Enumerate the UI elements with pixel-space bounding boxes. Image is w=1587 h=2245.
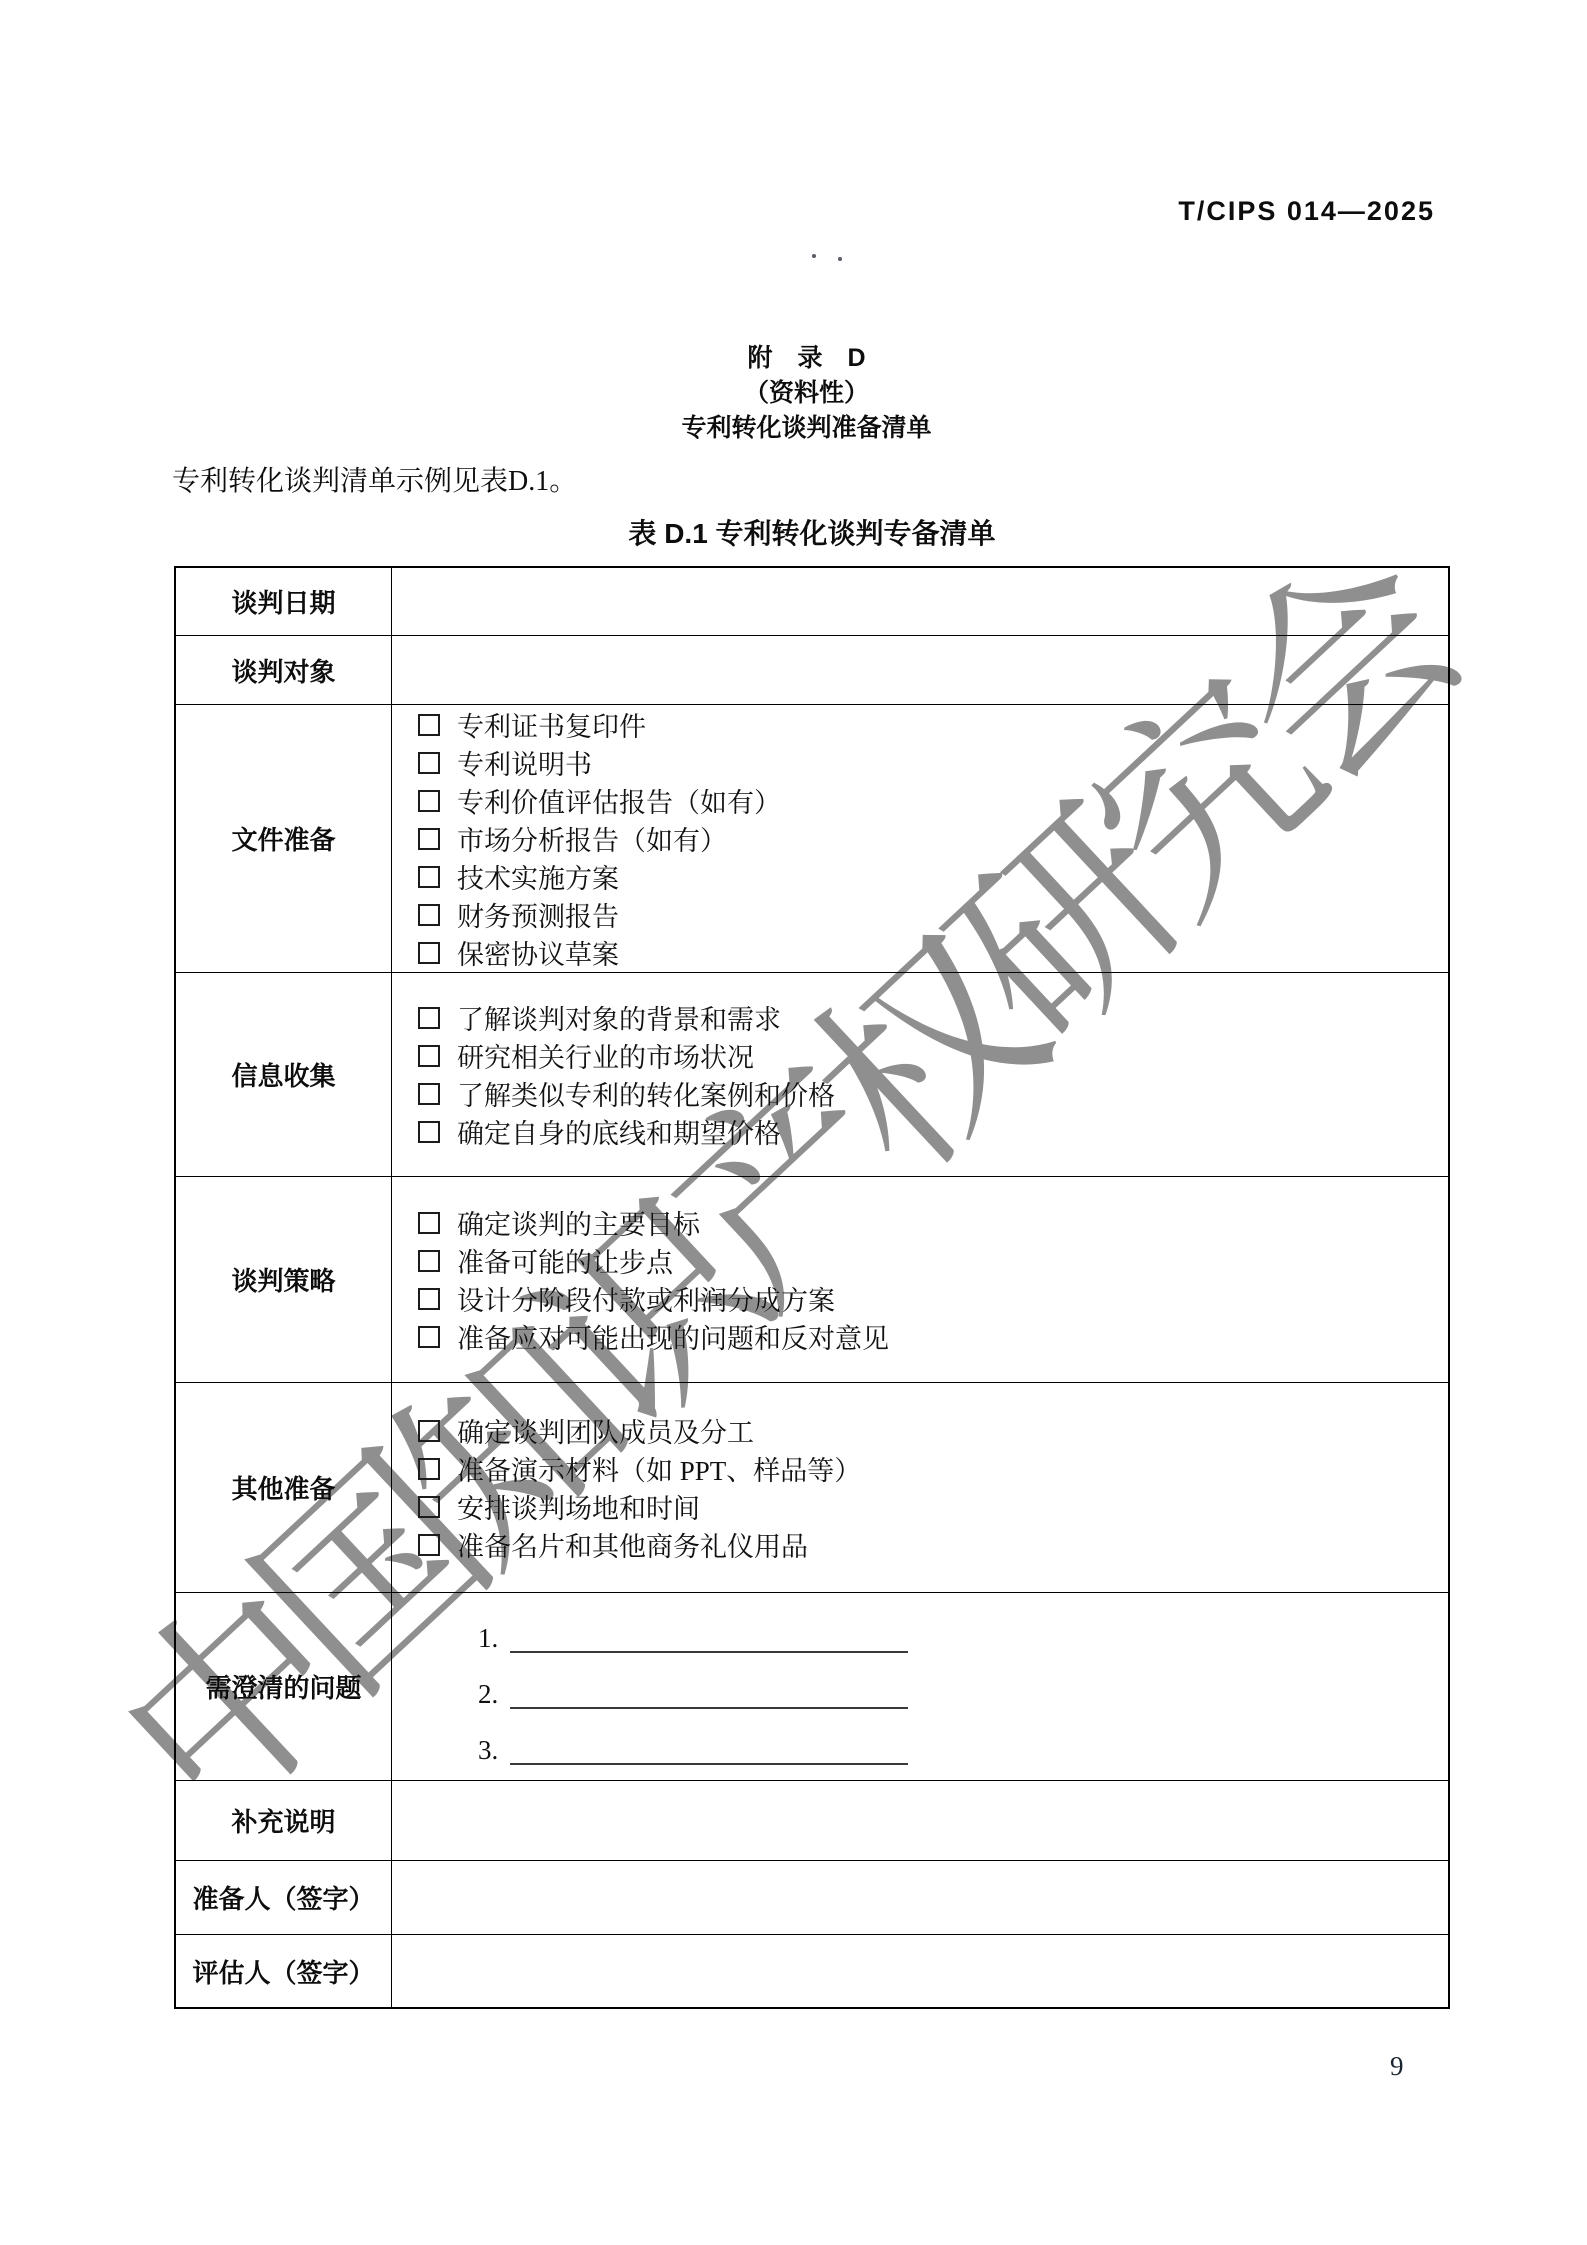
checkbox-icon xyxy=(418,790,440,812)
row-content-negotiation-date xyxy=(392,568,1448,635)
line-number: 2. xyxy=(478,1679,498,1709)
checkbox-icon xyxy=(418,1458,440,1480)
checklist-item-text: 准备应对可能出现的问题和反对意见 xyxy=(457,1317,889,1356)
page: T/CIPS 014—2025 附 录 D （资料性） 专利转化谈判准备清单 专… xyxy=(0,0,1587,2245)
checkbox-icon xyxy=(418,942,440,964)
checklist-item-text: 专利价值评估报告（如有） xyxy=(457,781,781,820)
page-number: 9 xyxy=(1390,2051,1404,2082)
blank-line xyxy=(510,1625,908,1653)
checklist-item: 专利说明书 xyxy=(418,744,1448,782)
row-content-document-preparation: 专利证书复印件专利说明书专利价值评估报告（如有）市场分析报告（如有）技术实施方案… xyxy=(392,705,1448,972)
checkbox-icon xyxy=(418,1420,440,1442)
table-row-preparer-signature: 准备人（签字） xyxy=(176,1861,1448,1935)
row-content-questions-to-clarify: 1.2.3. xyxy=(392,1593,1448,1780)
intro-paragraph: 专利转化谈判清单示例见表D.1。 xyxy=(172,459,577,499)
checklist-item: 准备名片和其他商务礼仪用品 xyxy=(418,1526,1448,1564)
table-row-supplementary-notes: 补充说明 xyxy=(176,1781,1448,1861)
checklist-item-text: 了解类似专利的转化案例和价格 xyxy=(457,1074,835,1113)
row-content-information-collection: 了解谈判对象的背景和需求研究相关行业的市场状况了解类似专利的转化案例和价格确定自… xyxy=(392,973,1448,1176)
table-row-information-collection: 信息收集了解谈判对象的背景和需求研究相关行业的市场状况了解类似专利的转化案例和价… xyxy=(176,973,1448,1177)
table-row-evaluator-signature: 评估人（签字） xyxy=(176,1935,1448,2007)
row-label-evaluator-signature: 评估人（签字） xyxy=(176,1935,392,2007)
standard-number: T/CIPS 014—2025 xyxy=(1178,196,1435,227)
checklist-item-text: 准备名片和其他商务礼仪用品 xyxy=(457,1525,808,1564)
checkbox-icon xyxy=(418,904,440,926)
row-label-negotiation-strategy: 谈判策略 xyxy=(176,1177,392,1382)
checklist-item: 准备应对可能出现的问题和反对意见 xyxy=(418,1318,1448,1356)
checklist-item-text: 专利证书复印件 xyxy=(457,705,646,744)
checkbox-icon xyxy=(418,866,440,888)
checkbox-icon xyxy=(418,752,440,774)
line-number: 1. xyxy=(478,1623,498,1653)
checklist-item-text: 确定谈判的主要目标 xyxy=(457,1203,700,1242)
table-row-negotiation-date: 谈判日期 xyxy=(176,568,1448,636)
checkbox-icon xyxy=(418,1288,440,1310)
checklist-item-text: 安排谈判场地和时间 xyxy=(457,1487,700,1526)
checkbox-icon xyxy=(418,1121,440,1143)
table-row-other-preparation: 其他准备确定谈判团队成员及分工准备演示材料（如 PPT、样品等）安排谈判场地和时… xyxy=(176,1383,1448,1593)
checklist-item: 确定自身的底线和期望价格 xyxy=(418,1113,1448,1151)
checklist-item-text: 研究相关行业的市场状况 xyxy=(457,1036,754,1075)
row-label-questions-to-clarify: 需澄清的问题 xyxy=(176,1593,392,1780)
table-caption: 表 D.1 专利转化谈判专备清单 xyxy=(174,512,1450,552)
ink-speck xyxy=(838,257,842,261)
row-content-preparer-signature xyxy=(392,1861,1448,1934)
numbered-blank-line: 1. xyxy=(418,1609,1448,1653)
table-row-negotiation-strategy: 谈判策略确定谈判的主要目标准备可能的让步点设计分阶段付款或利润分成方案准备应对可… xyxy=(176,1177,1448,1383)
checkbox-icon xyxy=(418,1045,440,1067)
ink-speck xyxy=(812,254,816,258)
row-label-negotiation-date: 谈判日期 xyxy=(176,568,392,635)
checklist-item: 专利价值评估报告（如有） xyxy=(418,782,1448,820)
checklist-table: 谈判日期谈判对象文件准备专利证书复印件专利说明书专利价值评估报告（如有）市场分析… xyxy=(174,566,1450,2009)
row-label-supplementary-notes: 补充说明 xyxy=(176,1781,392,1860)
row-label-other-preparation: 其他准备 xyxy=(176,1383,392,1592)
checklist-item: 保密协议草案 xyxy=(418,934,1448,972)
appendix-name: 专利转化谈判准备清单 xyxy=(13,411,1587,446)
checklist-item: 确定谈判团队成员及分工 xyxy=(418,1412,1448,1450)
row-label-negotiation-target: 谈判对象 xyxy=(176,636,392,704)
checklist-item-text: 财务预测报告 xyxy=(457,895,619,934)
checkbox-icon xyxy=(418,828,440,850)
checklist-item: 财务预测报告 xyxy=(418,896,1448,934)
checklist-item: 技术实施方案 xyxy=(418,858,1448,896)
row-content-negotiation-strategy: 确定谈判的主要目标准备可能的让步点设计分阶段付款或利润分成方案准备应对可能出现的… xyxy=(392,1177,1448,1382)
checkbox-icon xyxy=(418,714,440,736)
checklist-item-text: 确定自身的底线和期望价格 xyxy=(457,1112,781,1151)
appendix-title: 附 录 D xyxy=(13,341,1587,376)
checklist-item: 了解谈判对象的背景和需求 xyxy=(418,999,1448,1037)
row-label-information-collection: 信息收集 xyxy=(176,973,392,1176)
table-row-questions-to-clarify: 需澄清的问题1.2.3. xyxy=(176,1593,1448,1781)
checklist-item: 准备可能的让步点 xyxy=(418,1242,1448,1280)
checklist-item-text: 确定谈判团队成员及分工 xyxy=(457,1411,754,1450)
table-row-negotiation-target: 谈判对象 xyxy=(176,636,1448,705)
row-label-preparer-signature: 准备人（签字） xyxy=(176,1861,392,1934)
row-content-supplementary-notes xyxy=(392,1781,1448,1860)
appendix-type-label: （资料性） xyxy=(13,376,1587,411)
checklist-item: 研究相关行业的市场状况 xyxy=(418,1037,1448,1075)
checklist-item-text: 保密协议草案 xyxy=(457,933,619,972)
checkbox-icon xyxy=(418,1212,440,1234)
checklist-item: 准备演示材料（如 PPT、样品等） xyxy=(418,1450,1448,1488)
checkbox-icon xyxy=(418,1496,440,1518)
checklist-item-text: 市场分析报告（如有） xyxy=(457,819,727,858)
row-content-negotiation-target xyxy=(392,636,1448,704)
row-content-other-preparation: 确定谈判团队成员及分工准备演示材料（如 PPT、样品等）安排谈判场地和时间准备名… xyxy=(392,1383,1448,1592)
appendix-heading-block: 附 录 D （资料性） 专利转化谈判准备清单 xyxy=(13,341,1587,446)
line-number: 3. xyxy=(478,1735,498,1765)
blank-line xyxy=(510,1681,908,1709)
checklist-item-text: 专利说明书 xyxy=(457,743,592,782)
row-label-document-preparation: 文件准备 xyxy=(176,705,392,972)
blank-line xyxy=(510,1737,908,1765)
checklist-item: 安排谈判场地和时间 xyxy=(418,1488,1448,1526)
checklist-item-text: 了解谈判对象的背景和需求 xyxy=(457,998,781,1037)
checkbox-icon xyxy=(418,1534,440,1556)
checklist-item: 了解类似专利的转化案例和价格 xyxy=(418,1075,1448,1113)
checkbox-icon xyxy=(418,1326,440,1348)
table-row-document-preparation: 文件准备专利证书复印件专利说明书专利价值评估报告（如有）市场分析报告（如有）技术… xyxy=(176,705,1448,973)
checklist-item-text: 准备可能的让步点 xyxy=(457,1241,673,1280)
checklist-item: 市场分析报告（如有） xyxy=(418,820,1448,858)
checklist-item: 设计分阶段付款或利润分成方案 xyxy=(418,1280,1448,1318)
checkbox-icon xyxy=(418,1083,440,1105)
row-content-evaluator-signature xyxy=(392,1935,1448,2007)
checklist-item: 专利证书复印件 xyxy=(418,706,1448,744)
checkbox-icon xyxy=(418,1007,440,1029)
checklist-item-text: 设计分阶段付款或利润分成方案 xyxy=(457,1279,835,1318)
checkbox-icon xyxy=(418,1250,440,1272)
checklist-item-text: 技术实施方案 xyxy=(457,857,619,896)
numbered-blank-line: 3. xyxy=(418,1721,1448,1765)
checklist-item-text: 准备演示材料（如 PPT、样品等） xyxy=(457,1449,861,1488)
checklist-item: 确定谈判的主要目标 xyxy=(418,1204,1448,1242)
numbered-blank-line: 2. xyxy=(418,1665,1448,1709)
